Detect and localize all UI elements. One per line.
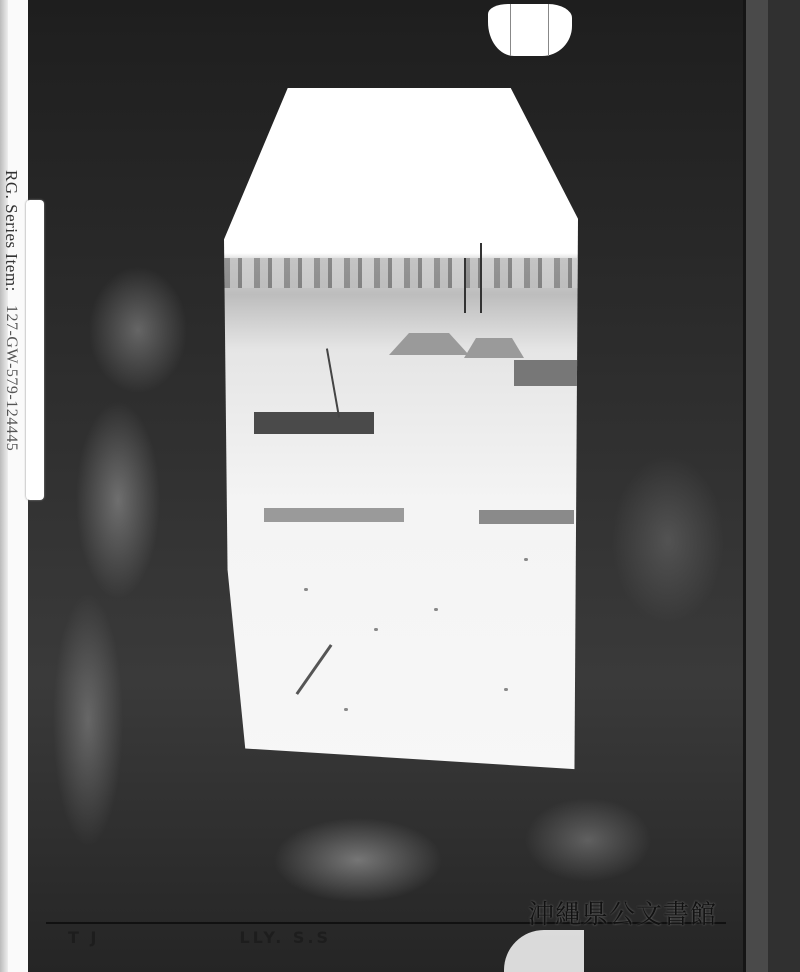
archive-item-id: 127-GW-579-124445 (3, 305, 20, 451)
graffiti-left: T J (68, 928, 99, 947)
rubble (524, 558, 528, 561)
rubble (344, 708, 348, 711)
wall-pillar (743, 0, 768, 972)
archive-label: RG. Series Item: 127-GW-579-124445 (0, 170, 22, 590)
archive-tab (26, 200, 44, 500)
house-roof (464, 338, 524, 358)
rubble (504, 688, 508, 691)
rubble (374, 628, 378, 631)
damaged-tree (326, 348, 340, 417)
archive-series-label: RG. Series Item: (2, 170, 21, 292)
graffiti-right: LLY. S.S (239, 928, 331, 947)
ruined-wall (264, 508, 404, 522)
window-opening (224, 88, 578, 776)
house-ruin (514, 360, 578, 386)
photograph: T JLLY. S.S 沖縄県公文書館 (28, 0, 800, 972)
wall-graffiti: T JLLY. S.S (68, 928, 331, 947)
utility-pole (464, 258, 466, 313)
utility-pole (480, 243, 482, 313)
rubble (434, 608, 438, 611)
ground-debris (296, 644, 333, 695)
distant-trees (224, 258, 578, 288)
wall-damage-notch (488, 4, 572, 56)
rubble (304, 588, 308, 591)
archive-watermark: 沖縄県公文書館 (528, 894, 717, 931)
hedge-row (254, 412, 374, 434)
ruined-wall (479, 510, 574, 524)
wall-edge (768, 0, 800, 972)
house-roof (389, 333, 469, 355)
